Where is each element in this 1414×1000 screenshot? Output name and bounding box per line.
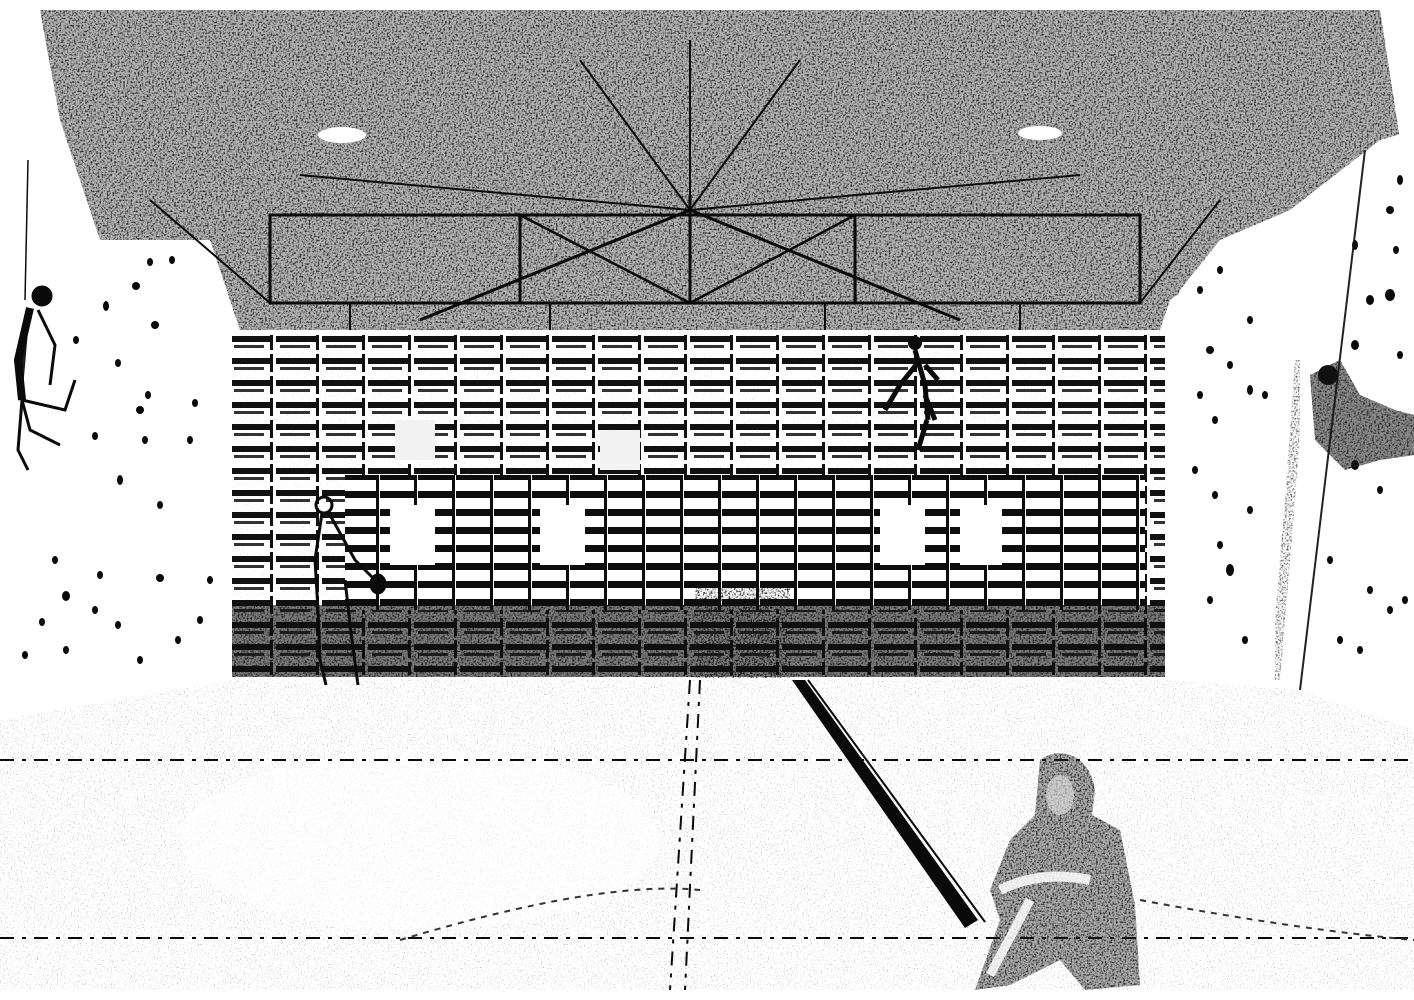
skylight-left: [318, 127, 366, 143]
window-opening: [395, 420, 435, 460]
skylight-right: [1018, 126, 1062, 140]
paper-border: [0, 0, 1414, 10]
floor: [0, 680, 1414, 1000]
window-opening: [880, 505, 925, 565]
window-opening: [960, 505, 1002, 565]
window-opening: [540, 505, 585, 565]
climbing-gym-scene: [0, 0, 1414, 1000]
window-opening: [390, 505, 435, 565]
central-wall: [230, 335, 1165, 678]
center-doorway: [695, 588, 790, 678]
window-opening: [600, 430, 640, 470]
